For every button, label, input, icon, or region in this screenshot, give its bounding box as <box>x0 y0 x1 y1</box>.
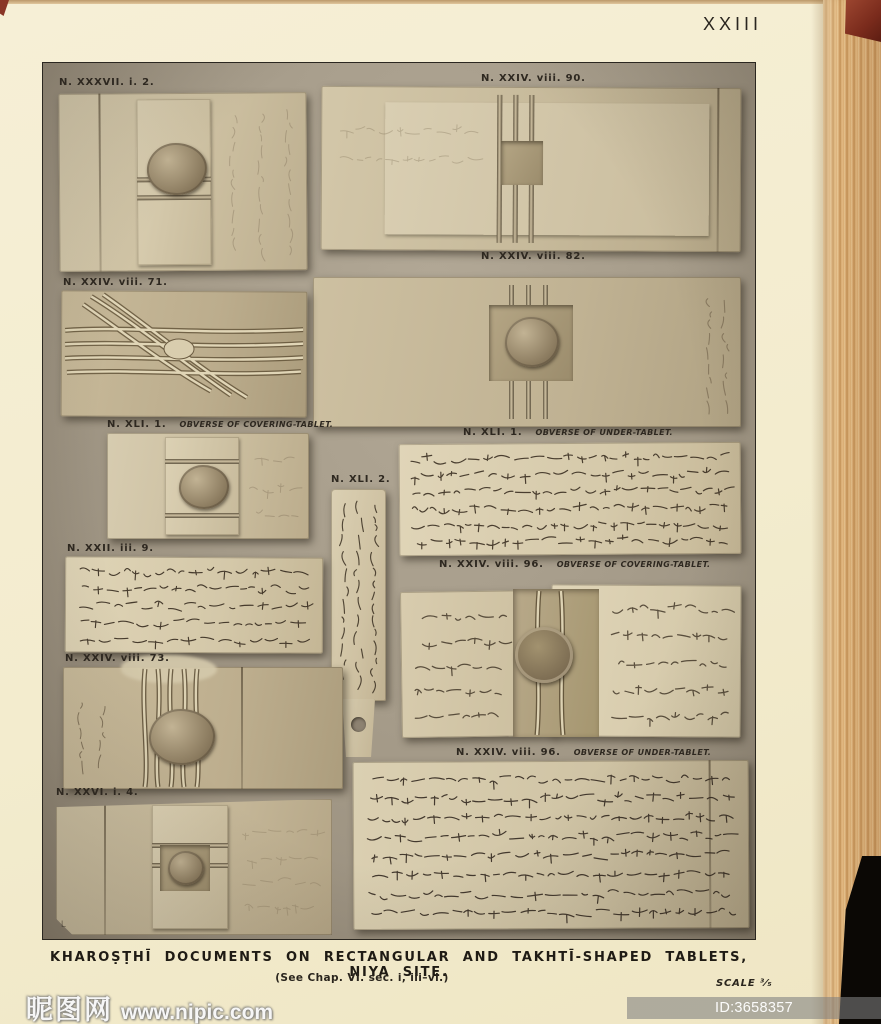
label-n-xxii-iii-9: N. XXII. iii. 9. <box>67 543 154 554</box>
plate-subcaption: (See Chap. VI. sec. i, iii–vi.) <box>42 972 682 984</box>
label-n-xli-1-under: N. XLI. 1.OBVERSE OF UNDER-TABLET. <box>463 427 673 438</box>
plate-corner-mark: L <box>61 919 66 929</box>
nipic-url: www.nipic.com <box>121 1001 273 1024</box>
cover-red-corner-left <box>0 0 9 16</box>
plate-number: XXIII <box>703 14 762 35</box>
label-n-xxvi-i-4: N. XXVI. i. 4. <box>56 787 138 798</box>
label-n-xxiv-viii-96-covering: N. XXIV. viii. 96.OBVERSE OF COVERING-TA… <box>439 559 710 570</box>
nipic-logo-text: 昵图网 <box>26 995 113 1024</box>
scanned-book-page: XXIII <box>0 0 881 1024</box>
book-top-edge <box>0 0 881 4</box>
label-n-xxiv-viii-90: N. XXIV. viii. 90. <box>481 73 586 84</box>
photo-vignette <box>43 63 755 939</box>
photographic-plate: N. XXXVII. i. 2. N. XXIV. viii. 90. N. X… <box>42 62 756 940</box>
label-n-xli-2: N. XLI. 2. <box>331 474 391 485</box>
label-n-xxiv-viii-73: N. XXIV. viii. 73. <box>65 653 170 664</box>
page-fold-shadow <box>811 0 823 1024</box>
scale-label: SCALE ³⁄₅ <box>716 978 773 989</box>
label-n-xxiv-viii-71: N. XXIV. viii. 71. <box>63 277 168 288</box>
label-n-xxxvii-i-2: N. XXXVII. i. 2. <box>59 77 155 88</box>
nipic-watermark: 昵图网www.nipic.com <box>26 988 273 1024</box>
watermark-id-bar: ID:3658357 NO:20180728163303016080 <box>627 997 881 1019</box>
label-n-xxiv-viii-96-under: N. XXIV. viii. 96.OBVERSE OF UNDER-TABLE… <box>456 747 711 758</box>
label-n-xli-1-covering: N. XLI. 1.OBVERSE OF COVERING-TABLET. <box>107 419 333 430</box>
label-n-xxiv-viii-82: N. XXIV. viii. 82. <box>481 251 586 262</box>
